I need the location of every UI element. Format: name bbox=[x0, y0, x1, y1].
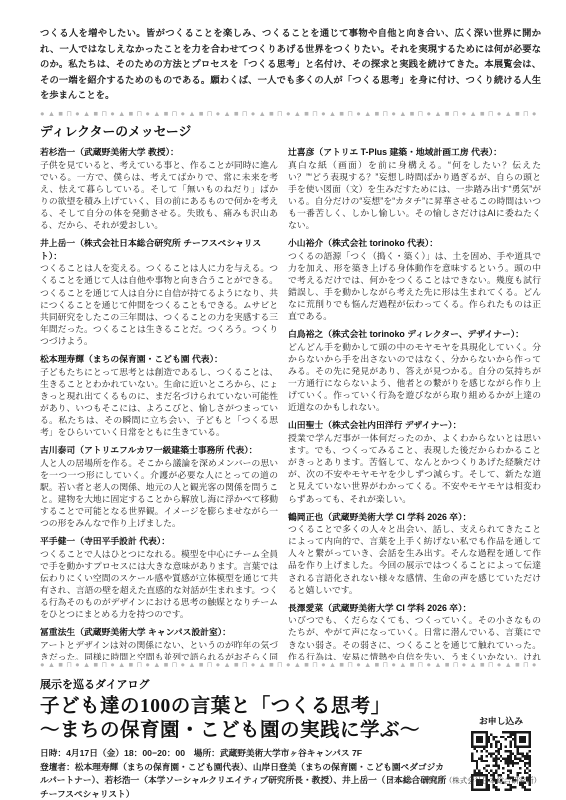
message-block: 小山裕介（株式会社 torinoko 代表）： つくるの語源「つく（搗く・築く）… bbox=[288, 237, 541, 322]
speaker-name: 古川泰司（アトリエフルカワ一級建築士事務所 代表）： bbox=[40, 444, 278, 457]
message-body: 子どもたちにとって思考とは創造であるし、つくることは、生きることとわかれていない… bbox=[40, 366, 278, 439]
event-title-line1: 子ども達の100の言葉と「つくる思考」 bbox=[40, 695, 449, 719]
message-block: 辻喜彦（アトリエ T-Plus 建築・地域計画工房 代表）： 真白な紙（画面）を… bbox=[288, 146, 541, 231]
message-body: つくるの語源「つく（搗く・築く）」は、土を固め、手や道具で力を加え、形を築き上げ… bbox=[288, 250, 541, 323]
speaker-name: 辻喜彦（アトリエ T-Plus 建築・地域計画工房 代表）： bbox=[288, 146, 541, 159]
message-block: 井上岳一（株式会社日本総合研究所 チーフスペシャリスト）： つくることは人を変え… bbox=[40, 237, 278, 347]
speaker-name: 小山裕介（株式会社 torinoko 代表）： bbox=[288, 237, 541, 250]
message-body: 子供を見ていると、考えている事と、作ることが同時に進んでいる。一方で、僕らは、考… bbox=[40, 159, 278, 232]
messages-column-left: 若杉浩一（武蔵野美術大学 教授）： 子供を見ていると、考えている事と、作ることが… bbox=[40, 146, 278, 660]
message-block: 古川泰司（アトリエフルカワ一級建築士事務所 代表）： 人と人の居場所を作る。そこ… bbox=[40, 444, 278, 529]
message-body: 真白な紙（画面）を前に身構える。“何をしたい？伝えたい？”“どう表現する？”妄想… bbox=[288, 159, 541, 232]
message-block: 長澤愛菜（武蔵野美術大学 CI 学科 2026 卒）： いびつでも、くだらなくて… bbox=[288, 602, 541, 660]
shape-divider-bottom: ●▲■⊓●▲■⊓●▲■⊓●▲■⊓●▲■⊓●▲■⊓●▲■⊓●▲■⊓●▲■⊓●▲■⊓… bbox=[40, 660, 541, 669]
message-body: つくることで人はひとつになれる。模型を中心にチーム全員で手を動かすプロセスには大… bbox=[40, 548, 278, 621]
speaker-name: 長澤愛菜（武蔵野美術大学 CI 学科 2026 卒）： bbox=[288, 602, 541, 615]
message-body: 人と人の居場所を作る。そこから議論を深めメンバーの思いを一つ一つ形にしていく。介… bbox=[40, 457, 278, 530]
speaker-name: 冨重法生（武蔵野美術大学 キャンパス設計室）： bbox=[40, 626, 278, 639]
speaker-name: 若杉浩一（武蔵野美術大学 教授）： bbox=[40, 146, 278, 159]
message-body: 授業で学んだ事が一体何だったのか、よくわからないとは思います。でも、つくってみる… bbox=[288, 432, 541, 505]
design-credit: デザイン：譚林宣（株式会社日本総合研究所） bbox=[386, 775, 541, 786]
message-body: どんどん手を動かして頭の中のモヤモヤを具現化していく。分からないから手を出さない… bbox=[288, 341, 541, 414]
speaker-name: 山田聖士（株式会社内田洋行 デザイナー）： bbox=[288, 419, 541, 432]
intro-paragraph: つくる人を増やしたい。皆がつくることを楽しみ、つくることを通じて事物や自他と向き… bbox=[40, 26, 541, 104]
event-label: 展示を巡るダイアログ bbox=[40, 676, 449, 692]
message-block: 白鳥裕之（株式会社 torinoko ディレクター、デザイナー）： どんどん手を… bbox=[288, 328, 541, 413]
message-body: いびつでも、くだらなくても、つくっていく。その小さなものたちが、やがて声になって… bbox=[288, 614, 541, 660]
message-block: 鶴岡正也（武蔵野美術大学 CI 学科 2026 卒）： つくることで多くの人々と… bbox=[288, 511, 541, 596]
flyer-page: つくる人を増やしたい。皆がつくることを楽しみ、つくることを通じて事物や自他と向き… bbox=[0, 0, 566, 800]
main-content: つくる人を増やしたい。皆がつくることを楽しみ、つくることを通じて事物や自他と向き… bbox=[0, 0, 566, 660]
message-block: 若杉浩一（武蔵野美術大学 教授）： 子供を見ていると、考えている事と、作ることが… bbox=[40, 146, 278, 231]
speaker-name: 松本理寿輝（まちの保育園・こども園 代表）： bbox=[40, 353, 278, 366]
messages-column-right: 辻喜彦（アトリエ T-Plus 建築・地域計画工房 代表）： 真白な紙（画面）を… bbox=[288, 146, 541, 660]
event-title-line2: 〜まちの保育園・こども園の実践に学ぶ〜 bbox=[40, 719, 449, 743]
speaker-name: 白鳥裕之（株式会社 torinoko ディレクター、デザイナー）： bbox=[288, 328, 541, 341]
shape-divider-top: ●▲■⊓●▲■⊓●▲■⊓●▲■⊓●▲■⊓●▲■⊓●▲■⊓●▲■⊓●▲■⊓●▲■⊓… bbox=[40, 109, 541, 118]
message-block: 山田聖士（株式会社内田洋行 デザイナー）： 授業で学んだ事が一体何だったのか、よ… bbox=[288, 419, 541, 504]
speaker-name: 鶴岡正也（武蔵野美術大学 CI 学科 2026 卒）： bbox=[288, 511, 541, 524]
messages-columns: 若杉浩一（武蔵野美術大学 教授）： 子供を見ていると、考えている事と、作ることが… bbox=[40, 146, 541, 660]
message-block: 平手健一（寺田平手設計 代表）： つくることで人はひとつになれる。模型を中心にチ… bbox=[40, 535, 278, 620]
apply-label: お申し込み bbox=[461, 714, 541, 727]
event-datetime-location: 日時：4月17日（金）18：00−20：00 場所：武蔵野美術大学市ヶ谷キャンパ… bbox=[40, 747, 449, 761]
speaker-name: 平手健一（寺田平手設計 代表）： bbox=[40, 535, 278, 548]
message-body: つくることで多くの人々と出会い、話し、支えられてきたことによって内向的で、言葉を… bbox=[288, 523, 541, 596]
speaker-name: 井上岳一（株式会社日本総合研究所 チーフスペシャリスト）： bbox=[40, 237, 278, 262]
directors-message-heading: ディレクターのメッセージ bbox=[40, 121, 541, 140]
message-body: つくることは人を変える。つくることは人に力を与える。つくることを通じて人は自他や… bbox=[40, 262, 278, 347]
message-block: 松本理寿輝（まちの保育園・こども園 代表）： 子どもたちにとって思考とは創造であ… bbox=[40, 353, 278, 438]
